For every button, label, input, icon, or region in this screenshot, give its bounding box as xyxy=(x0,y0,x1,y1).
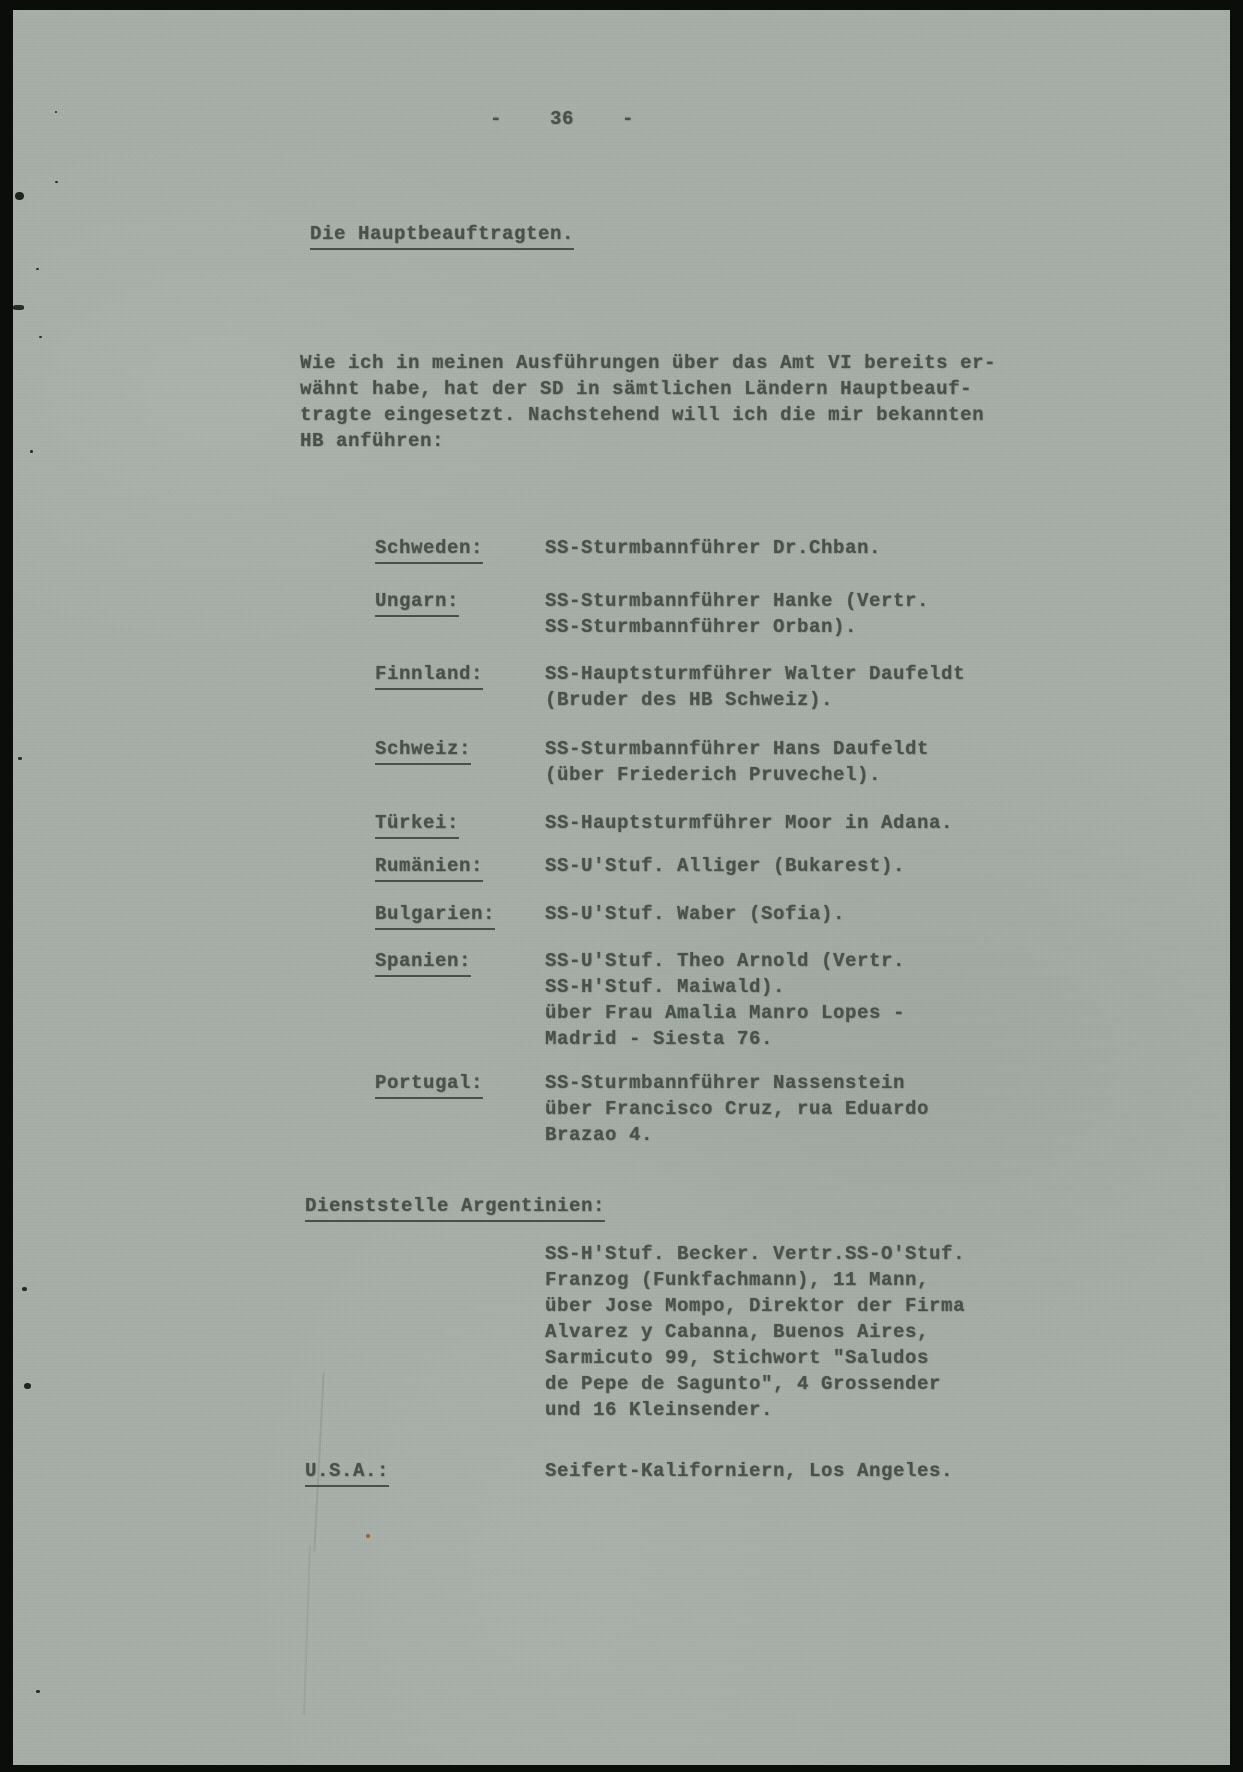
paper-crease xyxy=(303,1545,311,1715)
entry-text: SS-U'Stuf. Waber (Sofia). xyxy=(545,901,1045,927)
scan-speck xyxy=(39,336,42,338)
scanned-document-page: - 36 - Die Hauptbeauftragten. Wie ich in… xyxy=(0,0,1243,1772)
entry-label: Bulgarien: xyxy=(375,901,495,930)
entry-label: Rumänien: xyxy=(375,853,483,882)
entry-label: Spanien: xyxy=(375,948,471,977)
entry-label: Finnland: xyxy=(375,661,483,690)
section-heading: Dienststelle Argentinien: xyxy=(305,1193,605,1222)
entry-text: SS-Sturmbannführer Nassenstein über Fran… xyxy=(545,1070,1045,1148)
entry-text: SS-Hauptsturmführer Walter Daufeldt (Bru… xyxy=(545,661,1045,713)
scan-border-left xyxy=(0,0,13,1772)
scan-border-right xyxy=(1230,0,1243,1772)
scan-speck xyxy=(22,1287,27,1291)
scan-speck xyxy=(55,181,58,183)
scan-speck xyxy=(24,1383,31,1389)
intro-paragraph: Wie ich in meinen Ausführungen über das … xyxy=(300,350,1040,454)
entry-text: SS-Sturmbannführer Hans Daufeldt (über F… xyxy=(545,736,1045,788)
scan-speck xyxy=(30,450,33,453)
scan-speck xyxy=(15,192,24,200)
page-number: - 36 - xyxy=(490,106,634,132)
scan-speck xyxy=(13,305,24,310)
entry-label: Schweden: xyxy=(375,535,483,564)
entry-text: SS-Hauptsturmführer Moor in Adana. xyxy=(545,810,1045,836)
entry-text: SS-Sturmbannführer Dr.Chban. xyxy=(545,535,1045,561)
section-text: SS-H'Stuf. Becker. Vertr.SS-O'Stuf. Fran… xyxy=(545,1241,1045,1423)
scan-speck xyxy=(55,111,57,113)
scan-speck xyxy=(36,268,39,270)
scan-speck xyxy=(18,757,22,760)
scan-border-bottom xyxy=(0,1765,1243,1772)
scan-border-top xyxy=(0,0,1243,10)
scan-speck-orange xyxy=(366,1534,370,1538)
entry-text: SS-U'Stuf. Alliger (Bukarest). xyxy=(545,853,1045,879)
document-title: Die Hauptbeauftragten. xyxy=(310,221,574,250)
document-title-text: Die Hauptbeauftragten. xyxy=(310,221,574,250)
entry-text: SS-Sturmbannführer Hanke (Vertr. SS-Stur… xyxy=(545,588,1045,640)
usa-text: Seifert-Kaliforniern, Los Angeles. xyxy=(545,1458,1045,1484)
entry-label: Türkei: xyxy=(375,810,459,839)
scan-speck xyxy=(36,1690,40,1693)
entry-label: Schweiz: xyxy=(375,736,471,765)
entry-text: SS-U'Stuf. Theo Arnold (Vertr. SS-H'Stuf… xyxy=(545,948,1045,1052)
entry-label: Ungarn: xyxy=(375,588,459,617)
entry-label: Portugal: xyxy=(375,1070,483,1099)
section-heading-text: Dienststelle Argentinien: xyxy=(305,1193,605,1222)
